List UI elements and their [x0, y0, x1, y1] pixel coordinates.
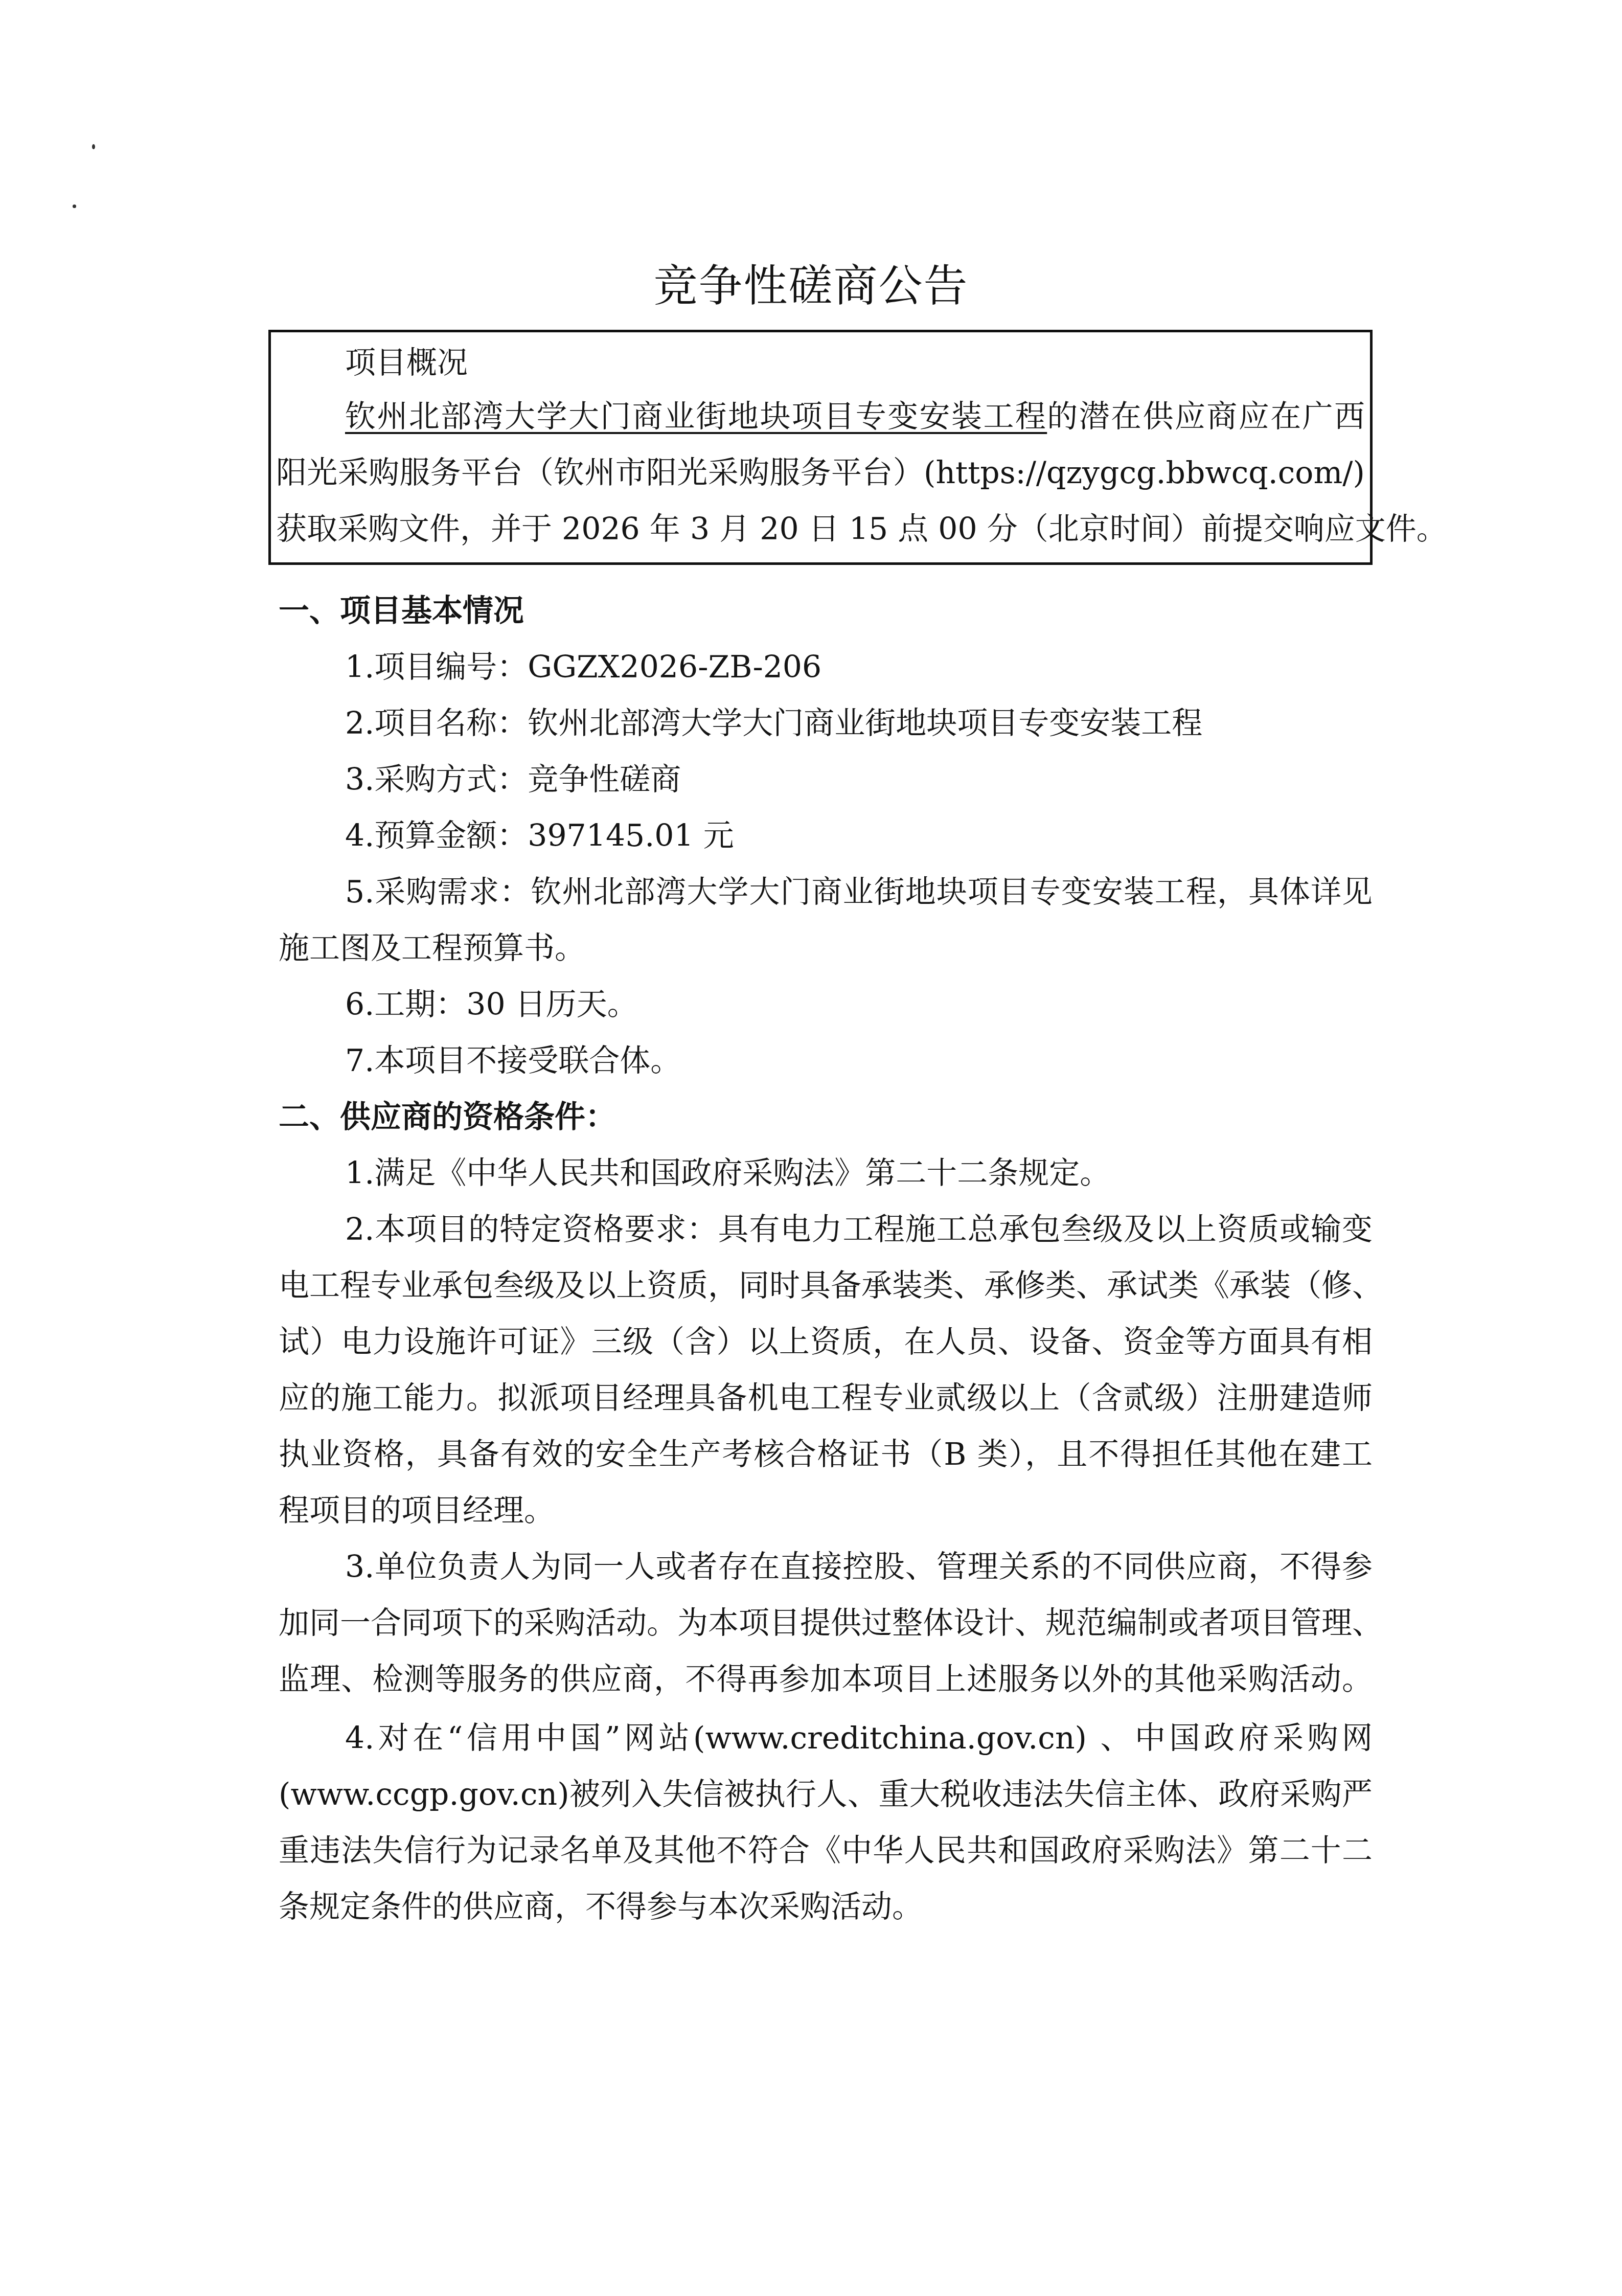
- qualification-2-line-5: 执业资格，具备有效的安全生产考核合格证书（B 类），且不得担任其他在建工: [279, 1439, 1373, 1470]
- item-label: 3.采购方式：: [345, 762, 528, 798]
- section-1-heading: 一、项目基本情况: [279, 596, 524, 626]
- item-label: 6.工期：: [345, 987, 466, 1022]
- qualification-1-line-1: 1.满足《中华人民共和国政府采购法》第二十二条规定。: [345, 1158, 1110, 1189]
- qualification-3-line-2: 加同一合同项下的采购活动。为本项目提供过整体设计、规范编制或者项目管理、: [279, 1608, 1373, 1639]
- page-title: 竞争性磋商公告: [0, 251, 1622, 314]
- item-duration: 6.工期：30 日历天。: [345, 989, 638, 1020]
- item-label: 2.项目名称：: [345, 706, 528, 741]
- qualification-2-line-1: 2.本项目的特定资格要求：具有电力工程施工总承包叁级及以上资质或输变: [345, 1214, 1373, 1245]
- section-2-heading: 二、供应商的资格条件：: [279, 1102, 616, 1132]
- qualification-2-line-4: 应的施工能力。拟派项目经理具备机电工程专业贰级以上（含贰级）注册建造师: [279, 1383, 1373, 1414]
- overview-line-3: 获取采购文件，并于 2026 年 3 月 20 日 15 点 00 分（北京时间…: [276, 514, 1365, 544]
- item-budget: 4.预算金额：397145.01 元: [345, 821, 734, 851]
- item-procurement-method: 3.采购方式：竞争性磋商: [345, 764, 681, 795]
- item-consortium: 7.本项目不接受联合体。: [345, 1045, 681, 1076]
- item-project-name: 2.项目名称：钦州北部湾大学大门商业街地块项目专变安装工程: [345, 708, 1202, 739]
- project-name-underlined: 钦州北部湾大学大门商业街地块项目专变安装工程: [276, 399, 1047, 435]
- item-requirements-continuation: 施工图及工程预算书。: [279, 933, 585, 964]
- scan-speck: [92, 144, 95, 149]
- item-value: 钦州北部湾大学大门商业街地块项目专变安装工程: [528, 706, 1202, 741]
- qualification-4-line-1: 4.对在“信用中国”网站(www.creditchina.gov.cn) 、中国…: [345, 1723, 1373, 1754]
- item-value: 30 日历天。: [466, 987, 637, 1022]
- overview-line-2: 阳光采购服务平台（钦州市阳光采购服务平台）(https://qzygcg.bbw…: [276, 458, 1365, 488]
- item-value: 397145.01 元: [528, 818, 734, 854]
- item-value: 本项目不接受联合体。: [374, 1043, 681, 1079]
- item-label: 5.采购需求：: [345, 874, 531, 910]
- item-project-number: 1.项目编号：GGZX2026-ZB-206: [345, 652, 821, 683]
- qualification-4-line-2: (www.ccgp.gov.cn)被列入失信被执行人、重大税收违法失信主体、政府…: [279, 1779, 1373, 1810]
- qualification-3-line-1: 3.单位负责人为同一人或者存在直接控股、管理关系的不同供应商，不得参: [345, 1552, 1373, 1582]
- item-value: 钦州北部湾大学大门商业街地块项目专变安装工程，具体详见: [531, 874, 1373, 910]
- qualification-2-line-6: 程项目的项目经理。: [279, 1495, 555, 1526]
- qualification-2-line-2: 电工程专业承包叁级及以上资质，同时具备承装类、承修类、承试类《承装（修、: [279, 1270, 1373, 1301]
- item-label: 1.项目编号：: [345, 649, 528, 685]
- qualification-4-line-3: 重违法失信行为记录名单及其他不符合《中华人民共和国政府采购法》第二十二: [279, 1835, 1373, 1866]
- scan-speck: [73, 204, 76, 208]
- qualification-4-line-4: 条规定条件的供应商，不得参与本次采购活动。: [279, 1892, 923, 1922]
- item-label: 7.: [345, 1043, 374, 1079]
- overview-line-1: 钦州北部湾大学大门商业街地块项目专变安装工程的潜在供应商应在广西: [276, 401, 1365, 432]
- item-requirements: 5.采购需求：钦州北部湾大学大门商业街地块项目专变安装工程，具体详见: [345, 877, 1373, 907]
- qualification-2-line-3: 试）电力设施许可证》三级（含）以上资质，在人员、设备、资金等方面具有相: [279, 1327, 1373, 1357]
- item-value: GGZX2026-ZB-206: [528, 649, 821, 685]
- overview-line-1-rest: 的潜在供应商应在广西: [1047, 399, 1365, 435]
- item-value: 竞争性磋商: [528, 762, 681, 798]
- document-page: 竞争性磋商公告 项目概况 钦州北部湾大学大门商业街地块项目专变安装工程的潜在供应…: [0, 0, 1622, 2296]
- overview-heading: 项目概况: [345, 348, 468, 378]
- item-label: 4.预算金额：: [345, 818, 528, 854]
- qualification-3-line-3: 监理、检测等服务的供应商，不得再参加本项目上述服务以外的其他采购活动。: [279, 1664, 1373, 1695]
